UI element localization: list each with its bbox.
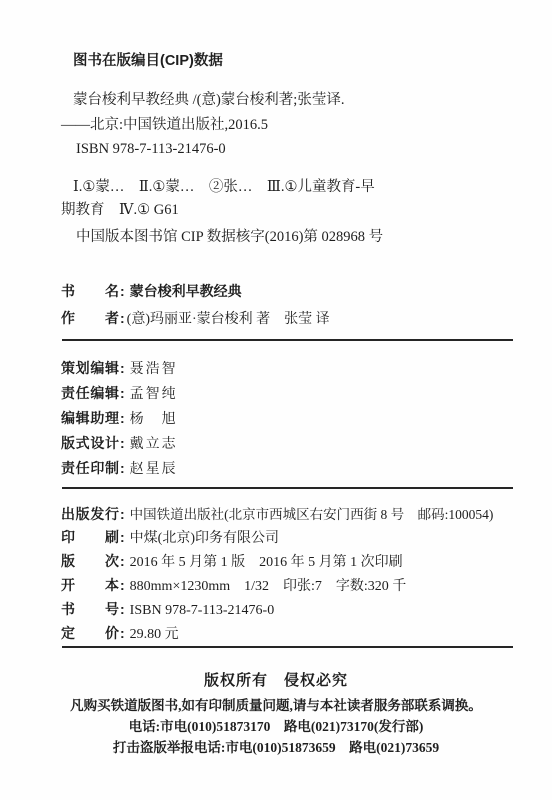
pub-value: 中煤(北京)印务有限公司 [130,531,279,546]
editor-colon: : [120,460,125,476]
cip-registry-number: 中国版本图书馆 CIP 数据核字(2016)第 028968 号 [76,228,383,246]
pub-value: ISBN 978-7-113-21476-0 [130,603,275,618]
pub-label: 版次 [61,551,119,571]
pub-row-printer: 印刷:中煤(北京)印务有限公司 [61,527,279,547]
editor-label: 策划编辑 [61,358,119,378]
book-author-colon: : [120,310,125,326]
editor-name: 聂浩智 [130,362,178,377]
divider-bottom [62,646,513,648]
copyright-notice: 版权所有 侵权必究 [0,669,552,690]
editor-label: 编辑助理 [61,408,119,428]
cip-classification-line-1: Ⅰ.①蒙… Ⅱ.①蒙… ②张… Ⅲ.①儿童教育-早 [73,178,375,196]
piracy-hotline: 打击盗版举报电话:市电(010)51873659 路电(021)73659 [0,736,552,756]
pub-row-edition: 版次:2016 年 5 月第 1 版 2016 年 5 月第 1 次印刷 [61,551,403,571]
editor-row-responsible: 责任编辑:孟智纯 [61,383,178,403]
book-title-row: 书名:蒙台梭利早教经典 [61,281,242,301]
book-author-label: 作者 [61,308,119,328]
pub-label: 印刷 [61,527,119,547]
book-author-row: 作者:(意)玛丽亚·蒙台梭利 著 张莹 译 [61,308,330,328]
pub-label: 书号 [61,599,119,619]
pub-value: 中国铁道出版社(北京市西城区右安门西街 8 号 邮码:100054) [130,507,494,522]
editor-colon: : [120,410,125,426]
editor-label: 责任编辑 [61,383,119,403]
phone-line: 电话:市电(010)51873170 路电(021)73170(发行部) [0,715,552,735]
pub-row-isbn: 书号:ISBN 978-7-113-21476-0 [61,599,274,619]
editor-colon: : [120,360,125,376]
book-title-value: 蒙台梭利早教经典 [130,283,242,299]
copyright-page: 图书在版编目(CIP)数据 蒙台梭利早教经典 /(意)蒙台梭利著;张莹译. ——… [0,0,552,800]
cip-title-statement: 蒙台梭利早教经典 /(意)蒙台梭利著;张莹译. [73,91,344,109]
book-title-label: 书名 [61,281,119,301]
cip-publisher-line: ——北京:中国铁道出版社,2016.5 [61,116,268,134]
pub-colon: : [120,601,125,617]
pub-colon: : [120,553,125,569]
cip-heading: 图书在版编目(CIP)数据 [73,52,223,70]
pub-row-format: 开本:880mm×1230mm 1/32 印张:7 字数:320 千 [61,575,406,595]
pub-colon: : [120,577,125,593]
book-title-colon: : [120,283,125,299]
editor-name: 戴立志 [130,437,178,452]
cip-classification-line-2: 期教育 Ⅳ.① G61 [61,201,179,219]
editor-colon: : [120,435,125,451]
pub-value: 2016 年 5 月第 1 版 2016 年 5 月第 1 次印刷 [130,555,403,570]
editor-label: 责任印制 [61,458,119,478]
pub-colon: : [120,506,125,522]
pub-colon: : [120,529,125,545]
editor-name: 孟智纯 [130,387,178,402]
pub-value: 29.80 元 [130,627,179,642]
editor-row-assistant: 编辑助理:杨 旭 [61,408,178,428]
editor-name: 杨 旭 [130,412,178,427]
service-note: 凡购买铁道版图书,如有印制质量问题,请与本社读者服务部联系调换。 [0,694,552,714]
pub-label: 开本 [61,575,119,595]
pub-colon: : [120,625,125,641]
divider-middle [62,487,513,489]
divider-top [62,339,513,341]
editor-label: 版式设计 [61,433,119,453]
editor-name: 赵星辰 [130,462,178,477]
pub-row-publisher: 出版发行:中国铁道出版社(北京市西城区右安门西街 8 号 邮码:100054) [61,503,493,524]
editor-row-layout: 版式设计:戴立志 [61,433,178,453]
book-author-value: (意)玛丽亚·蒙台梭利 著 张莹 译 [127,312,330,327]
pub-value: 880mm×1230mm 1/32 印张:7 字数:320 千 [130,579,407,594]
pub-label: 出版发行 [61,504,119,524]
pub-row-price: 定价:29.80 元 [61,623,179,643]
editor-row-printing: 责任印制:赵星辰 [61,458,178,478]
editor-colon: : [120,385,125,401]
pub-label: 定价 [61,623,119,643]
editor-row-planning: 策划编辑:聂浩智 [61,358,178,378]
cip-isbn-line: ISBN 978-7-113-21476-0 [76,140,226,158]
